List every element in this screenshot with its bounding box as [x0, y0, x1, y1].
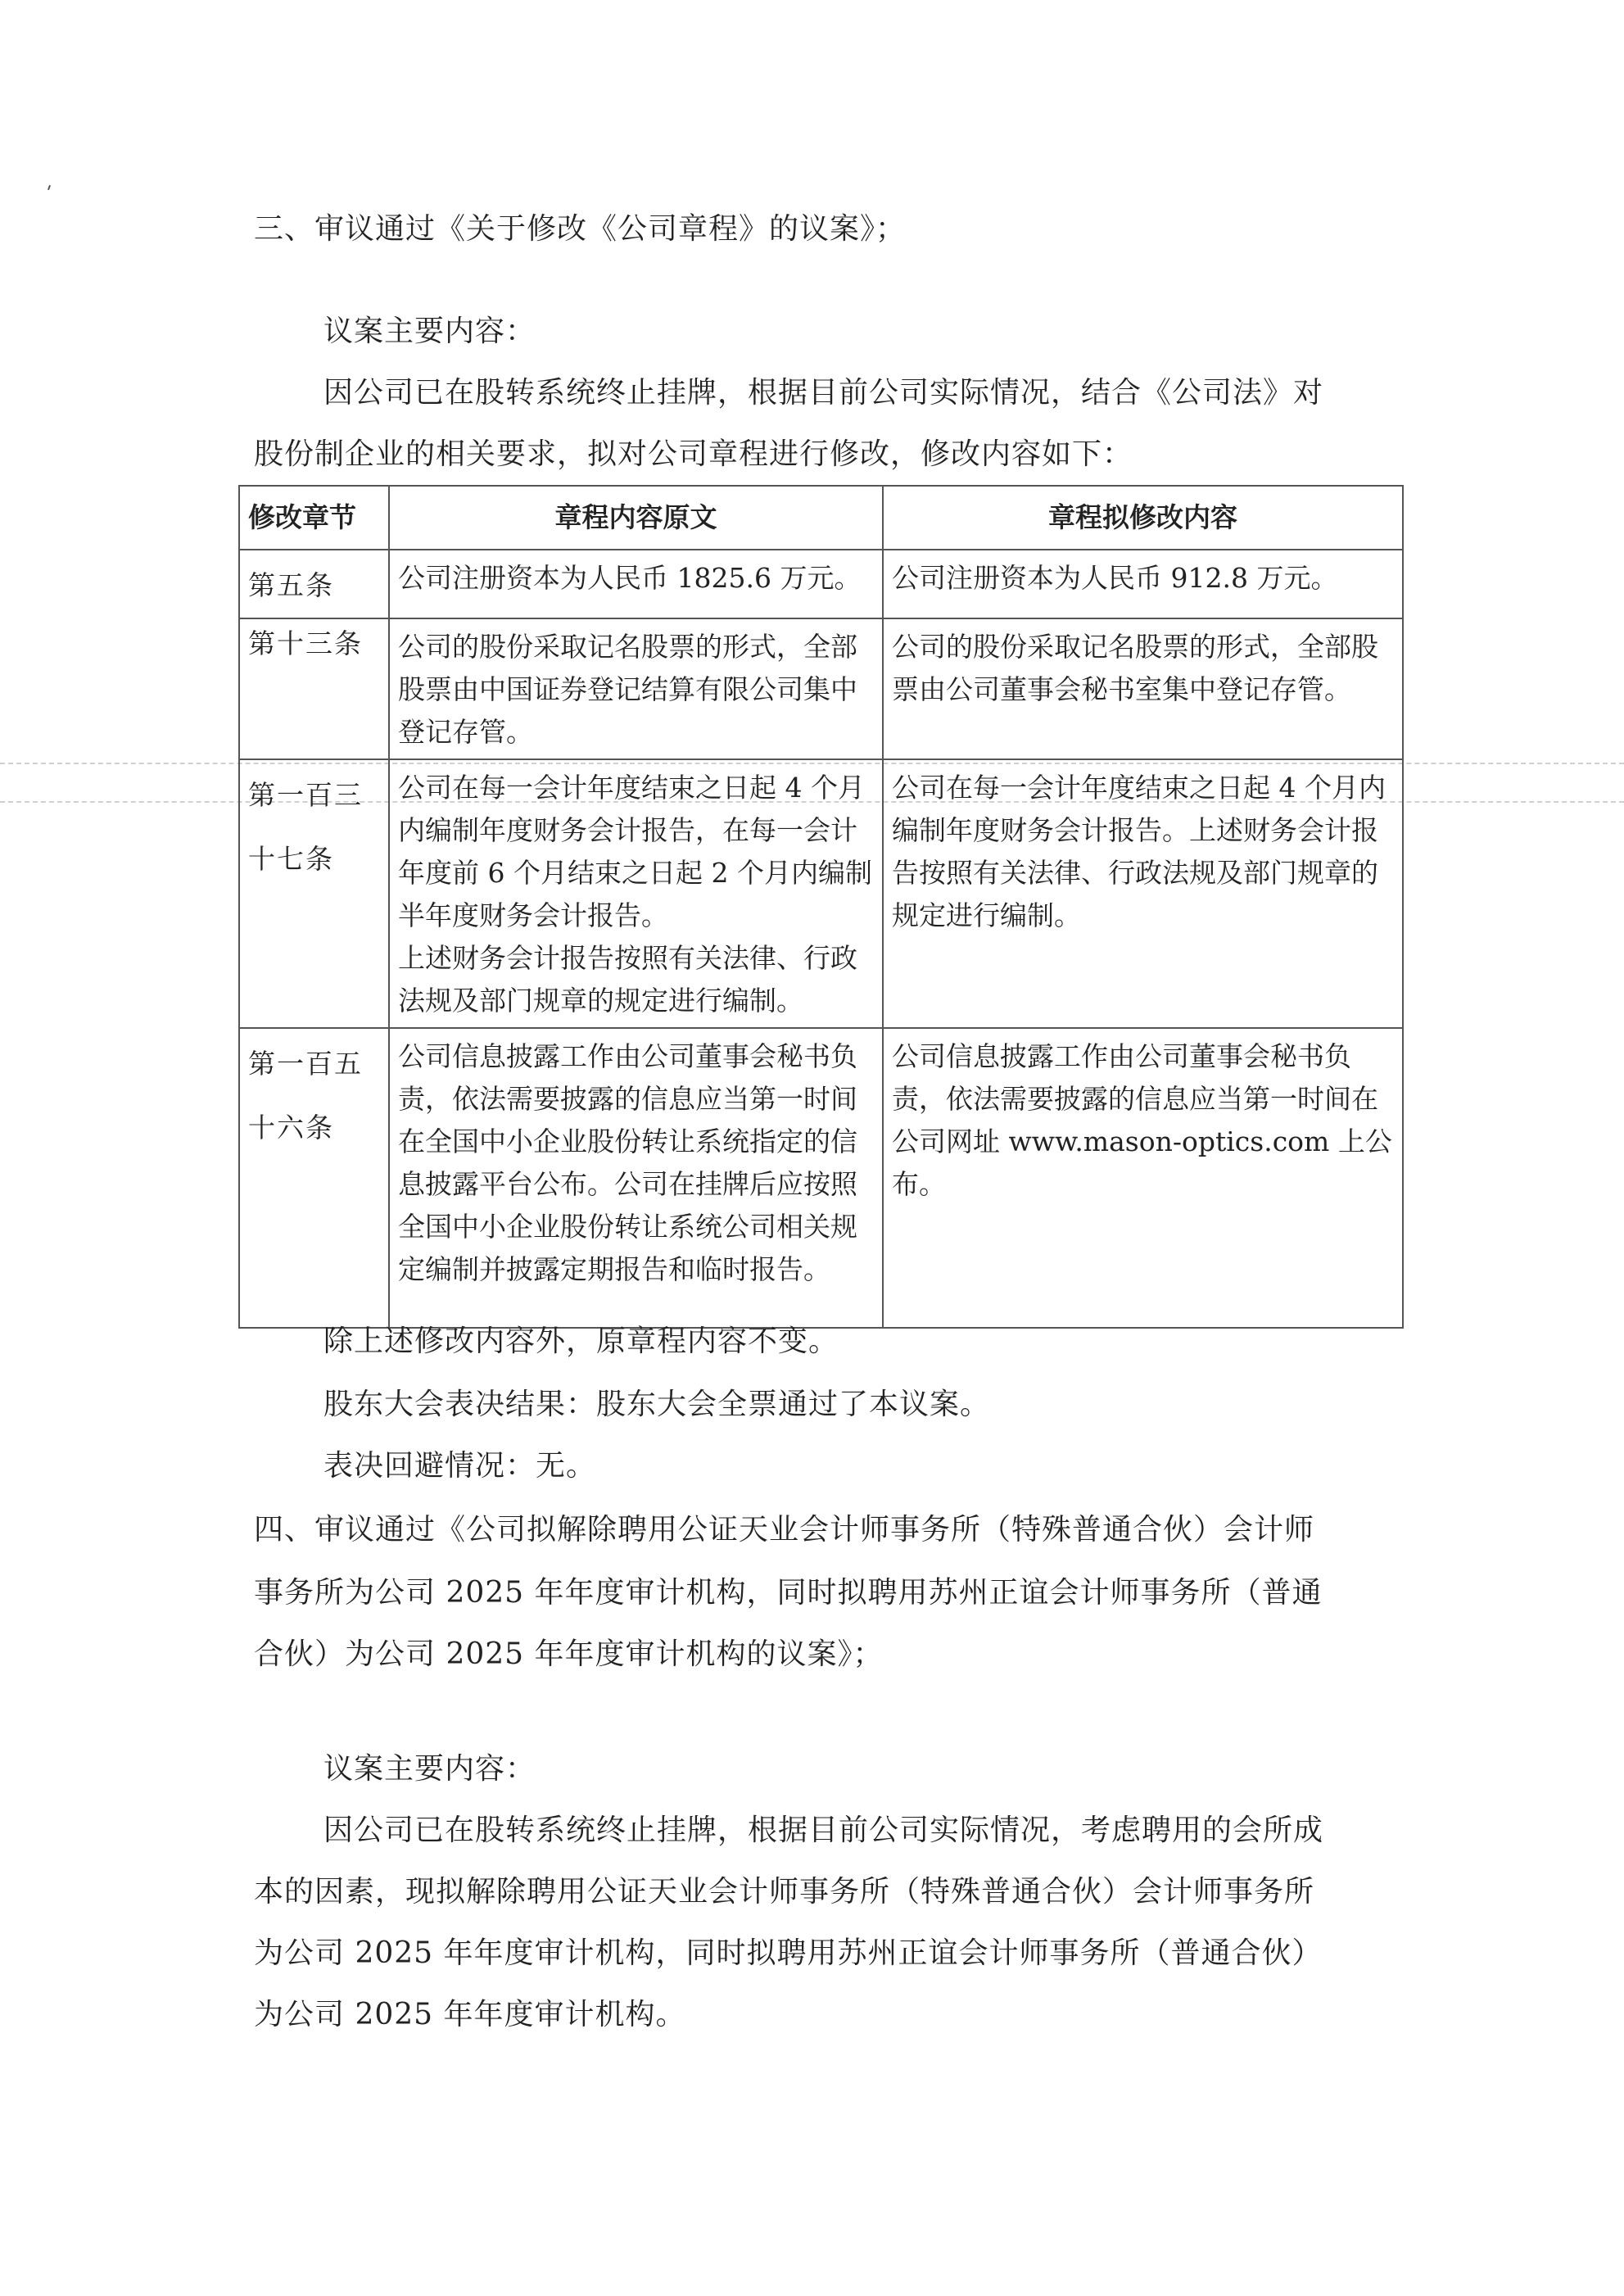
row-revised-text: 公司在每一会计年度结束之日起 4 个月内编制年度财务会计报告。上述财务会计报告按… — [892, 767, 1394, 937]
row-revised-text: 公司的股份采取记名股票的形式，全部股票由公司董事会秘书室集中登记存管。 — [892, 626, 1394, 711]
recusal-status: 表决回避情况：无。 — [323, 1448, 596, 1484]
row-original: 公司注册资本为人民币 1825.6 万元。 — [389, 550, 883, 618]
row-original-text: 公司信息披露工作由公司董事会秘书负责，依法需要披露的信息应当第一时间在全国中小企… — [398, 1035, 874, 1291]
row-original-text: 公司在每一会计年度结束之日起 4 个月内编制年度财务会计报告，在每一会计年度前 … — [398, 767, 874, 937]
row-revised: 公司在每一会计年度结束之日起 4 个月内编制年度财务会计报告。上述财务会计报告按… — [883, 759, 1403, 1028]
section4-heading-line: 事务所为公司 2025 年年度审计机构，同时拟聘用苏州正谊会计师事务所（普通 — [254, 1575, 1323, 1611]
table-row: 第一百五十六条 公司信息披露工作由公司董事会秘书负责，依法需要披露的信息应当第一… — [239, 1028, 1403, 1328]
row-revised: 公司信息披露工作由公司董事会秘书负责，依法需要披露的信息应当第一时间在公司网址 … — [883, 1028, 1403, 1328]
section4-body-line: 本的因素，现拟解除聘用公证天业会计师事务所（特殊普通合伙）会计师事务所 — [254, 1874, 1314, 1910]
section4-main-content-label: 议案主要内容： — [323, 1751, 536, 1787]
section4-body-line: 为公司 2025 年年度审计机构，同时拟聘用苏州正谊会计师事务所（普通合伙） — [254, 1936, 1323, 1972]
row-section: 第十三条 — [239, 618, 389, 759]
row-original-text: 上述财务会计报告按照有关法律、行政法规及部门规章的规定进行编制。 — [398, 937, 874, 1022]
row-section: 第五条 — [239, 550, 389, 618]
amendment-table: 修改章节 章程内容原文 章程拟修改内容 第五条 公司注册资本为人民币 1825.… — [238, 485, 1404, 1329]
row-section: 第一百三十七条 — [239, 759, 389, 1028]
row-original-text: 公司注册资本为人民币 1825.6 万元。 — [398, 557, 874, 600]
section3-main-content-label: 议案主要内容： — [323, 314, 536, 350]
row-original: 公司信息披露工作由公司董事会秘书负责，依法需要披露的信息应当第一时间在全国中小企… — [389, 1028, 883, 1328]
row-revised: 公司的股份采取记名股票的形式，全部股票由公司董事会秘书室集中登记存管。 — [883, 618, 1403, 759]
section4-body-line: 因公司已在股转系统终止挂牌，根据目前公司实际情况，考虑聘用的会所成 — [323, 1813, 1323, 1849]
row-revised-text: 公司注册资本为人民币 912.8 万元。 — [892, 557, 1394, 600]
row-revised-text: 公司信息披露工作由公司董事会秘书负责，依法需要披露的信息应当第一时间在公司网址 … — [892, 1035, 1394, 1206]
row-revised: 公司注册资本为人民币 912.8 万元。 — [883, 550, 1403, 618]
section4-body-line: 为公司 2025 年年度审计机构。 — [254, 1997, 686, 2033]
table-row: 第五条 公司注册资本为人民币 1825.6 万元。 公司注册资本为人民币 912… — [239, 550, 1403, 618]
table-header-row: 修改章节 章程内容原文 章程拟修改内容 — [239, 486, 1403, 550]
row-original: 公司在每一会计年度结束之日起 4 个月内编制年度财务会计报告，在每一会计年度前 … — [389, 759, 883, 1028]
section4-heading-line: 四、审议通过《公司拟解除聘用公证天业会计师事务所（特殊普通合伙）会计师 — [254, 1512, 1314, 1548]
table-row: 第一百三十七条 公司在每一会计年度结束之日起 4 个月内编制年度财务会计报告，在… — [239, 759, 1403, 1028]
section3-intro-line: 股份制企业的相关要求，拟对公司章程进行修改，修改内容如下： — [254, 437, 1133, 473]
vote-result: 股东大会表决结果：股东大会全票通过了本议案。 — [323, 1387, 990, 1423]
section3-intro-line: 因公司已在股转系统终止挂牌，根据目前公司实际情况，结合《公司法》对 — [323, 375, 1323, 411]
section3-heading: 三、审议通过《关于修改《公司章程》的议案》； — [254, 211, 906, 247]
table-header-revised: 章程拟修改内容 — [883, 486, 1403, 550]
table-row: 第十三条 公司的股份采取记名股票的形式，全部股票由中国证券登记结算有限公司集中登… — [239, 618, 1403, 759]
row-section: 第一百五十六条 — [239, 1028, 389, 1328]
section4-heading-line: 合伙）为公司 2025 年年度审计机构的议案》； — [254, 1637, 884, 1673]
unchanged-note: 除上述修改内容外，原章程内容不变。 — [323, 1324, 839, 1360]
table-header-section: 修改章节 — [239, 486, 389, 550]
scan-speck — [47, 185, 51, 190]
row-original-text: 公司的股份采取记名股票的形式，全部股票由中国证券登记结算有限公司集中登记存管。 — [398, 626, 874, 754]
table-header-original: 章程内容原文 — [389, 486, 883, 550]
row-original: 公司的股份采取记名股票的形式，全部股票由中国证券登记结算有限公司集中登记存管。 — [389, 618, 883, 759]
